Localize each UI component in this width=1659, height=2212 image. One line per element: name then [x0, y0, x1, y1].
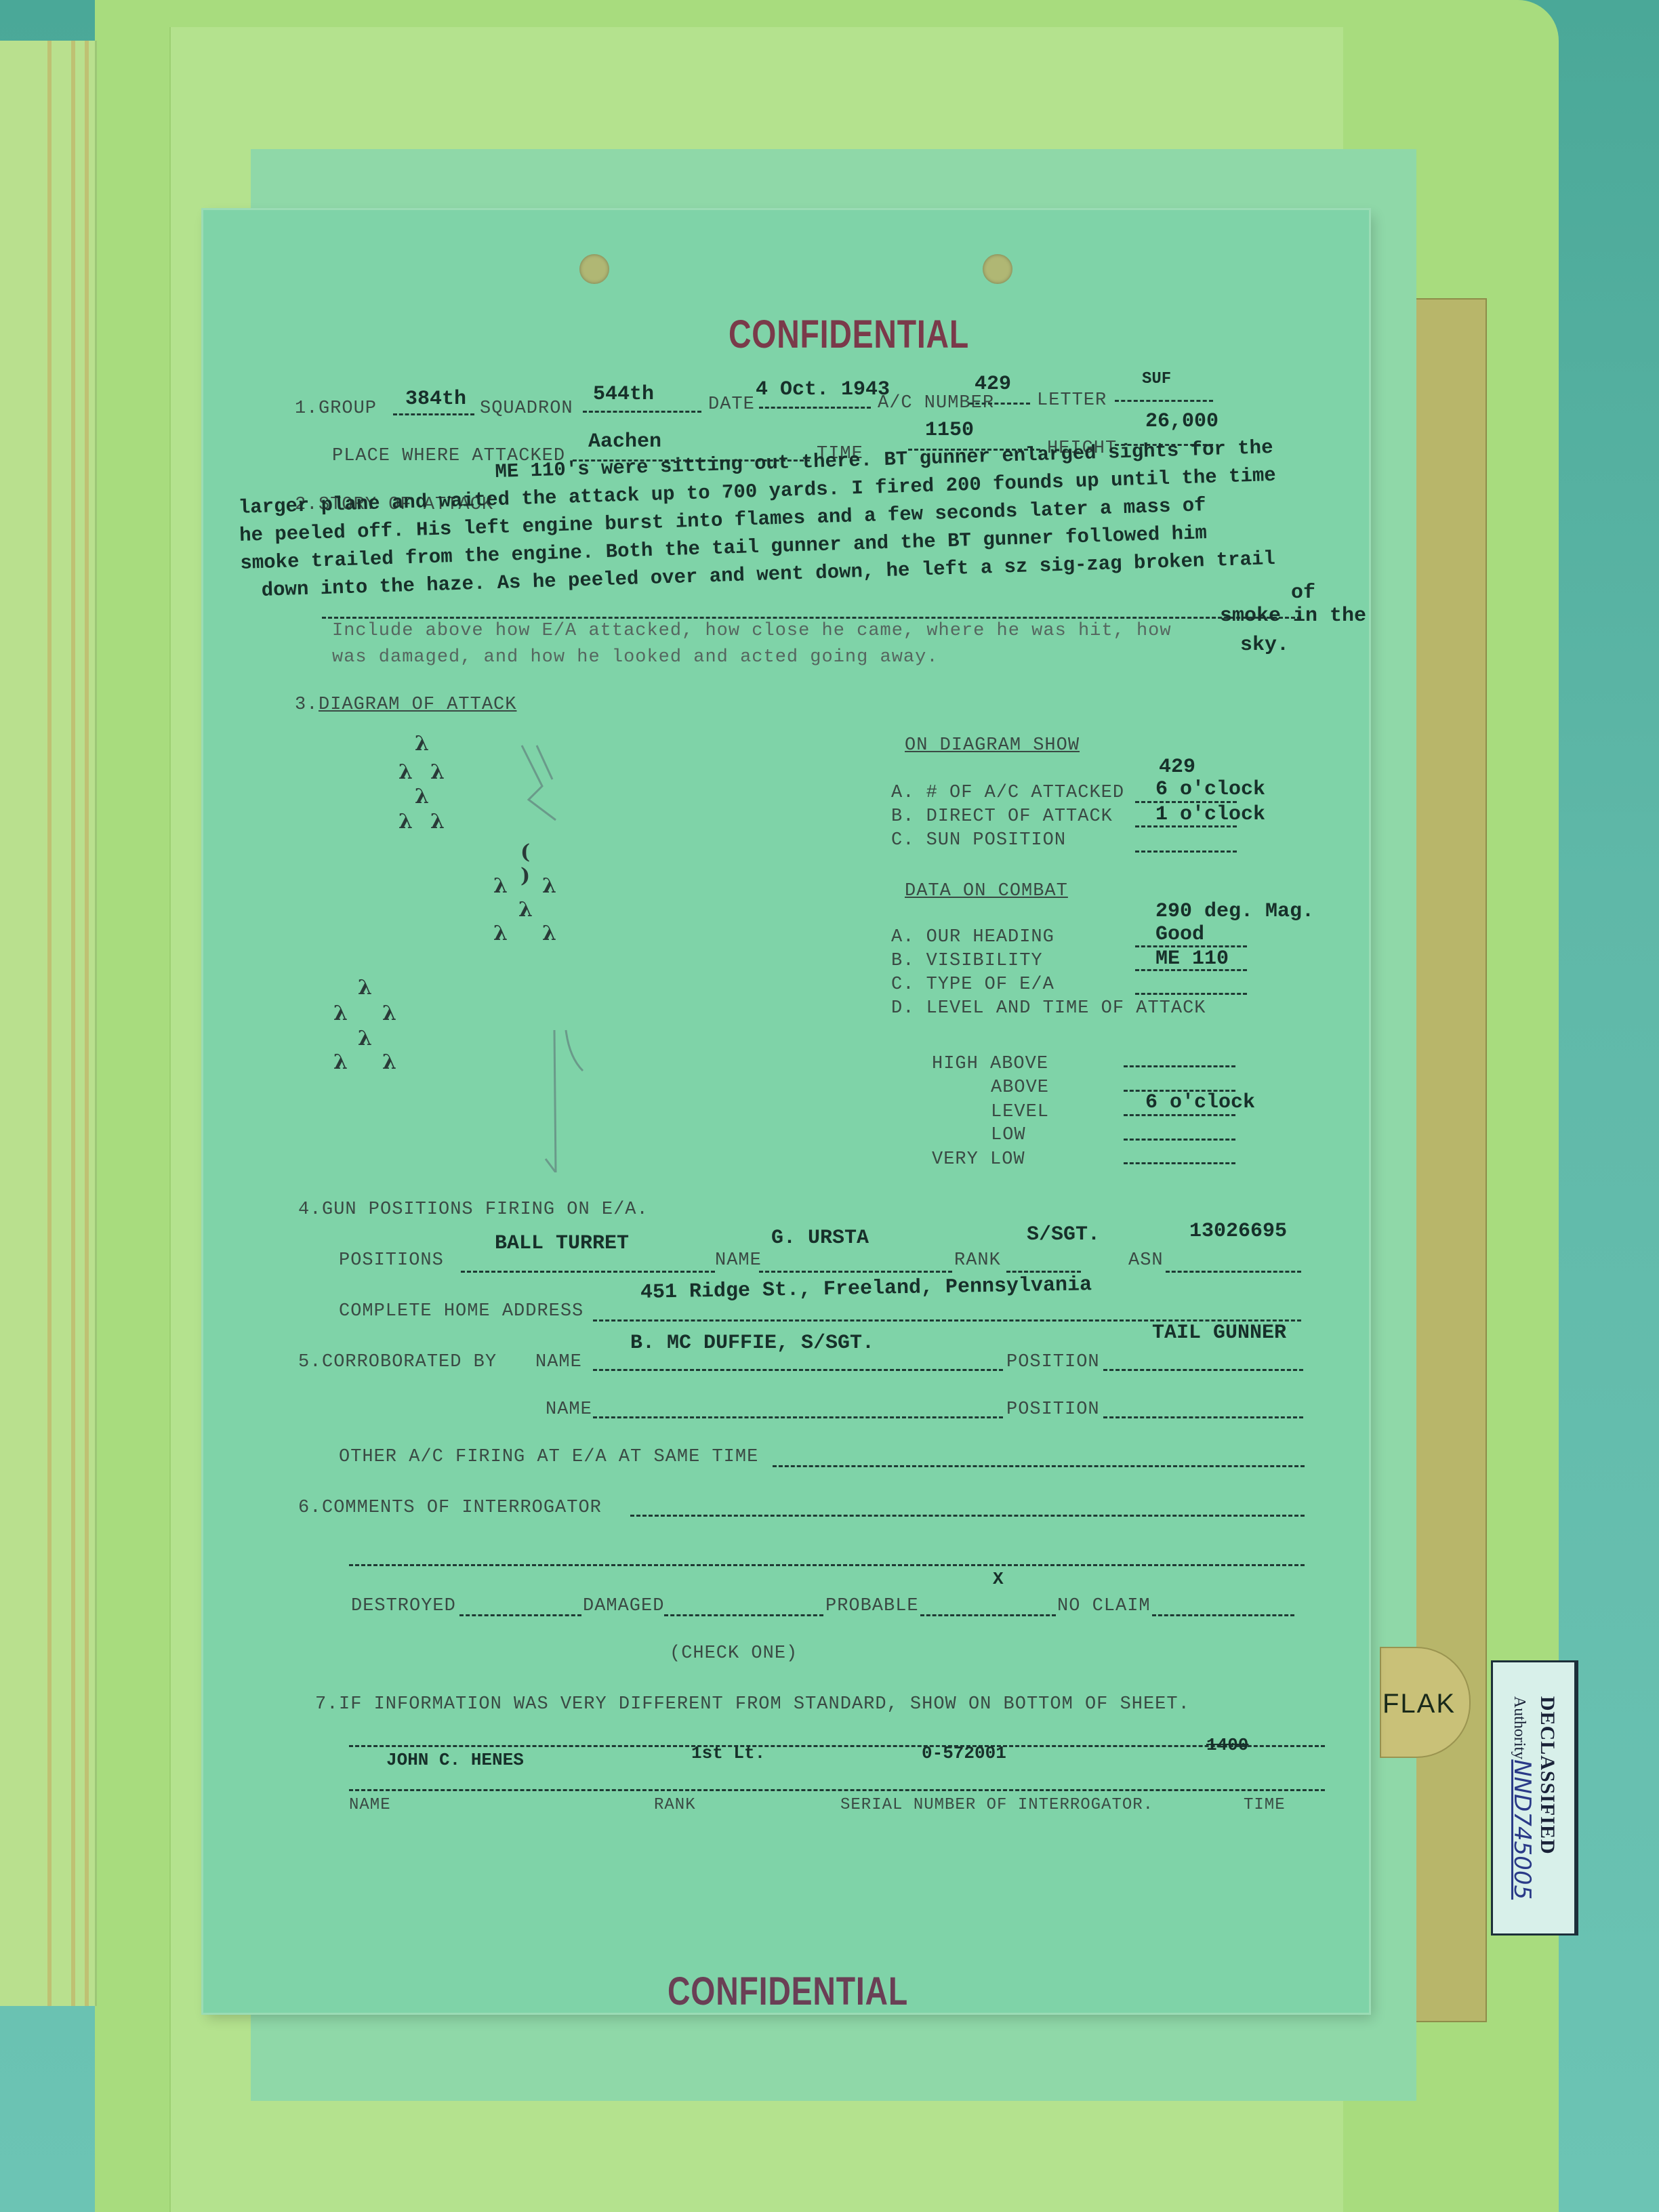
form-underline — [1124, 1114, 1235, 1116]
time-value: 1150 — [925, 419, 974, 442]
form-underline — [322, 617, 1301, 619]
check-one-note: (CHECK ONE) — [670, 1643, 798, 1664]
aircraft-mark: λ — [518, 898, 533, 922]
form-underline — [630, 1515, 1305, 1517]
aircraft-mark: λ — [382, 1050, 396, 1074]
letter-value: SUF — [1142, 370, 1171, 388]
gunner-rank-label: RANK — [954, 1250, 1001, 1271]
aircraft-mark: λ — [430, 810, 445, 834]
form-underline — [1103, 1416, 1303, 1418]
form-underline — [1124, 1139, 1235, 1141]
corroborator-name-label: NAME — [535, 1352, 582, 1372]
on-diagram-show-heading: ON DIAGRAM SHOW — [905, 735, 1080, 756]
our-heading-value: 290 deg. Mag. — [1155, 900, 1314, 923]
form-underline — [461, 1271, 715, 1273]
group-value: 384th — [405, 388, 466, 411]
interrogator-rank-value: 1st Lt. — [691, 1743, 765, 1763]
visibility-label: B. VISIBILITY — [891, 951, 1043, 971]
interrogator-name-value: JOHN C. HENES — [386, 1750, 524, 1770]
aircraft-mark: λ — [333, 1050, 348, 1074]
corroborator-position-value: TAIL GUNNER — [1152, 1322, 1286, 1345]
aircraft-mark: λ — [398, 810, 413, 834]
gun-positions-label: GUN POSITIONS FIRING ON E/A. — [322, 1200, 649, 1220]
squadron-value: 544th — [593, 383, 654, 406]
squadron-label: SQUADRON — [480, 398, 573, 419]
date-label: DATE — [708, 394, 755, 415]
corroborator2-name-label: NAME — [546, 1399, 592, 1420]
direction-of-attack-value: 1 o'clock — [1155, 803, 1265, 826]
signature-serial-label: SERIAL NUMBER OF INTERROGATOR. — [840, 1796, 1153, 1814]
aircraft-mark: ( ) — [520, 840, 530, 888]
home-address-label: COMPLETE HOME ADDRESS — [339, 1301, 583, 1322]
level-very-low-label: VERY LOW — [932, 1149, 1025, 1170]
corroborator-name-value: B. MC DUFFIE, S/SGT. — [630, 1332, 874, 1355]
corroborator2-position-label: POSITION — [1006, 1399, 1100, 1420]
story-continuation: of — [1291, 581, 1315, 605]
story-instructions: was damaged, and how he looked and acted… — [332, 647, 939, 668]
combat-report-form: CONFIDENTIAL 1. GROUP 384th SQUADRON 544… — [203, 210, 1369, 2013]
signature-name-label: NAME — [349, 1796, 391, 1814]
signature-rank-label: RANK — [654, 1796, 696, 1814]
form-underline — [1152, 1614, 1294, 1616]
aircraft-mark: λ — [415, 732, 429, 756]
form-underline — [773, 1465, 1305, 1467]
gunner-name-label: NAME — [715, 1250, 762, 1271]
ac-attacked-value: 6 o'clock — [1155, 778, 1265, 801]
form-underline — [920, 1614, 1056, 1616]
form-underline — [1124, 1065, 1235, 1067]
section-4-number: 4. — [298, 1200, 321, 1220]
story-continuation: smoke in the — [1220, 605, 1366, 628]
level-level-label: LEVEL — [991, 1102, 1049, 1122]
punch-hole — [579, 254, 609, 284]
attack-diagram — [285, 698, 691, 1172]
asn-label: ASN — [1128, 1250, 1164, 1271]
aircraft-mark: λ — [542, 874, 556, 898]
data-on-combat-heading: DATA ON COMBAT — [905, 881, 1068, 901]
form-underline — [349, 1745, 1325, 1747]
aircraft-mark: λ — [415, 785, 429, 808]
claim-destroyed[interactable]: DESTROYED — [351, 1596, 456, 1616]
form-underline — [969, 403, 1030, 405]
form-underline — [759, 1271, 952, 1273]
section-5-number: 5. — [298, 1352, 321, 1372]
aircraft-mark: λ — [358, 1027, 372, 1050]
aircraft-mark: λ — [493, 922, 508, 945]
form-underline — [1135, 969, 1247, 971]
corroborated-by-label: CORROBORATED BY — [322, 1352, 497, 1372]
form-underline — [1103, 1369, 1303, 1371]
ea-type-label: C. TYPE OF E/A — [891, 975, 1054, 995]
aircraft-mark: λ — [493, 874, 508, 898]
corroborator-position-label: POSITION — [1006, 1352, 1100, 1372]
form-underline — [593, 1416, 1003, 1418]
form-underline — [1135, 851, 1237, 853]
section-7-instruction: IF INFORMATION WAS VERY DIFFERENT FROM S… — [339, 1694, 1190, 1715]
section-1-number: 1. — [295, 398, 318, 419]
form-underline — [1135, 993, 1247, 995]
section-7-number: 7. — [315, 1694, 338, 1715]
direction-of-attack-label: B. DIRECT OF ATTACK — [891, 806, 1113, 827]
group-label: GROUP — [319, 398, 377, 419]
positions-label: POSITIONS — [339, 1250, 444, 1271]
section-6-number: 6. — [298, 1498, 321, 1518]
sun-position-label: C. SUN POSITION — [891, 830, 1066, 851]
form-underline — [593, 1369, 1003, 1371]
left-paper-stack — [0, 41, 97, 2006]
aircraft-mark: λ — [333, 1002, 348, 1025]
declassified-label: DECLASSIFIED AuthorityNND745005 — [1491, 1660, 1578, 1935]
form-underline — [1115, 400, 1213, 402]
aircraft-mark: λ — [398, 760, 413, 784]
level-low-label: LOW — [991, 1125, 1026, 1145]
visibility-value: Good — [1155, 923, 1204, 946]
claim-no-claim[interactable]: NO CLAIM — [1057, 1596, 1151, 1616]
form-underline — [1166, 1271, 1301, 1273]
form-underline — [459, 1614, 581, 1616]
flak-tab-label: FLAK — [1382, 1689, 1456, 1719]
ac-attacked-note: 429 — [1159, 756, 1195, 779]
punch-hole — [983, 254, 1012, 284]
positions-value: BALL TURRET — [495, 1232, 629, 1255]
interrogator-serial-value: 0-572001 — [922, 1743, 1006, 1763]
other-ac-firing-label: OTHER A/C FIRING AT E/A AT SAME TIME — [339, 1447, 758, 1467]
comments-label: COMMENTS OF INTERROGATOR — [322, 1498, 602, 1518]
level-level-value: 6 o'clock — [1145, 1091, 1255, 1114]
probable-check-mark: X — [993, 1569, 1004, 1589]
claim-damaged[interactable]: DAMAGED — [583, 1596, 664, 1616]
our-heading-label: A. OUR HEADING — [891, 927, 1054, 947]
aircraft-mark: λ — [358, 976, 372, 1000]
letter-label: LETTER — [1037, 390, 1107, 411]
confidential-stamp-top: CONFIDENTIAL — [729, 312, 969, 357]
home-address-value: 451 Ridge St., Freeland, Pennsylvania — [640, 1273, 1092, 1305]
authority-label: Authority — [1511, 1696, 1528, 1759]
date-value: 4 Oct. 1943 — [756, 378, 890, 401]
form-underline — [1006, 1271, 1081, 1273]
story-instructions: Include above how E/A attacked, how clos… — [332, 621, 1172, 641]
gunner-name-value: G. URSTA — [771, 1227, 869, 1250]
level-time-label: D. LEVEL AND TIME OF ATTACK — [891, 998, 1206, 1019]
form-underline — [349, 1789, 1325, 1791]
aircraft-mark: λ — [430, 760, 445, 784]
form-underline — [1124, 1162, 1235, 1164]
claim-probable[interactable]: PROBABLE — [825, 1596, 919, 1616]
ac-attacked-label: A. # OF A/C ATTACKED — [891, 783, 1124, 803]
asn-value: 13026695 — [1189, 1220, 1287, 1243]
confidential-stamp-bottom: CONFIDENTIAL — [668, 1969, 908, 2014]
gunner-rank-value: S/SGT. — [1027, 1223, 1100, 1246]
authority-value: NND745005 — [1509, 1759, 1536, 1900]
aircraft-mark: λ — [542, 922, 556, 945]
interrogator-time-value: 1400 — [1206, 1735, 1248, 1755]
form-underline — [759, 407, 871, 409]
height-value: 26,000 — [1145, 410, 1218, 433]
aircraft-mark: λ — [382, 1002, 396, 1025]
form-underline — [583, 411, 701, 413]
form-underline — [349, 1564, 1305, 1566]
ac-number-value: 429 — [975, 373, 1011, 396]
form-underline — [1135, 825, 1237, 827]
ea-type-value: ME 110 — [1155, 947, 1229, 970]
signature-time-label: TIME — [1244, 1796, 1286, 1814]
place-attacked-value: Aachen — [588, 430, 661, 453]
level-high-above-label: HIGH ABOVE — [932, 1054, 1048, 1074]
declassified-title: DECLASSIFIED — [1536, 1696, 1559, 1900]
form-underline — [664, 1614, 823, 1616]
form-underline — [393, 413, 474, 415]
level-above-label: ABOVE — [991, 1078, 1049, 1098]
story-continuation: sky. — [1240, 634, 1289, 657]
